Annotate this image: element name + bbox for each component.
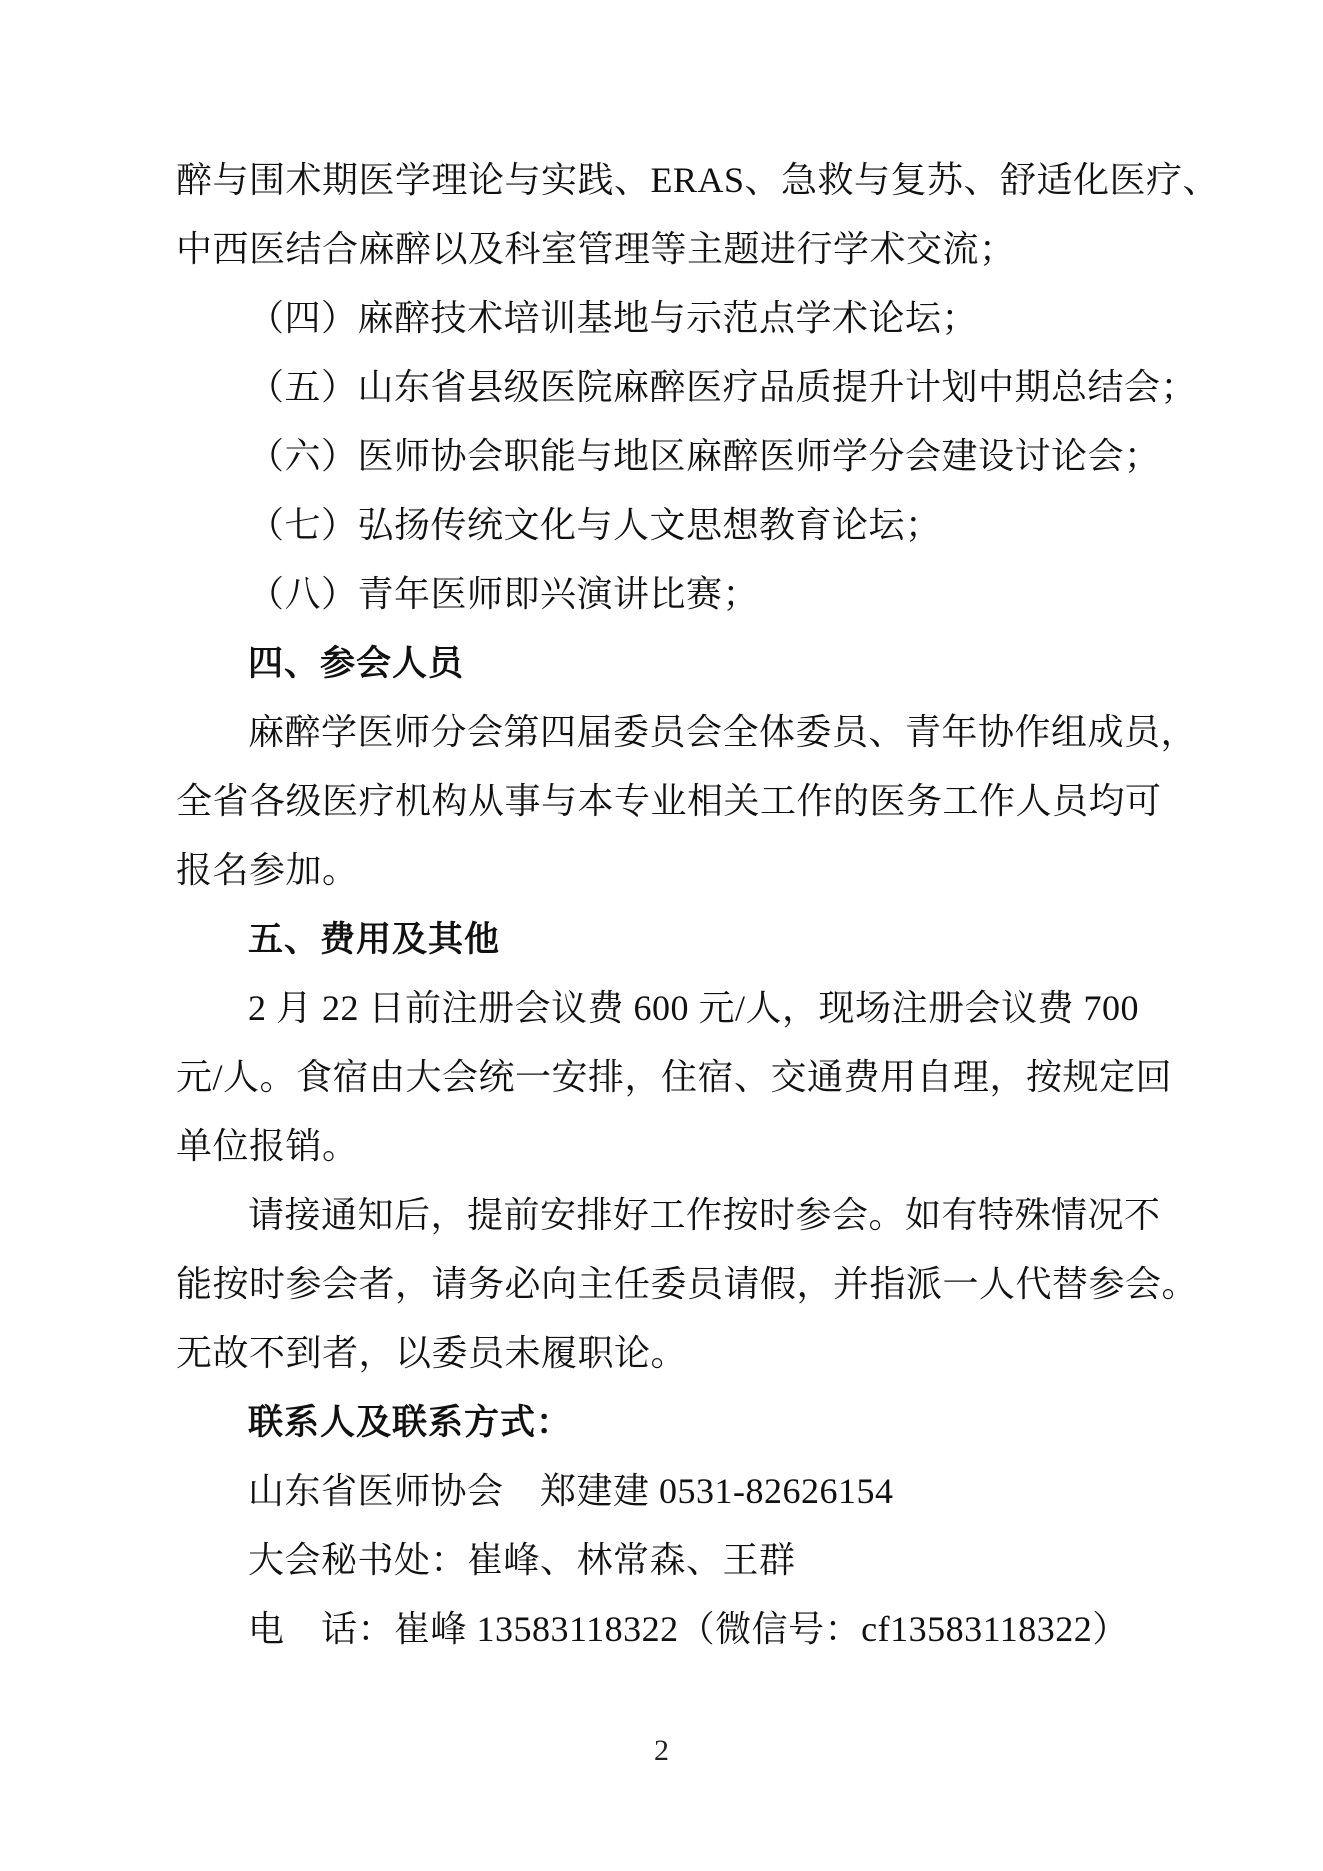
doc-line: 醉与围术期医学理论与实践、ERAS、急救与复苏、舒适化医疗、 <box>176 146 1177 215</box>
section-heading-contacts: 联系人及联系方式： <box>176 1388 1177 1457</box>
doc-line: 单位报销。 <box>176 1112 1177 1181</box>
list-item-4: （四）麻醉技术培训基地与示范点学术论坛； <box>176 284 1177 353</box>
list-item-8: （八）青年医师即兴演讲比赛； <box>176 560 1177 629</box>
contact-line-association: 山东省医师协会 郑建建 0531-82626154 <box>176 1457 1177 1526</box>
document-page: 醉与围术期医学理论与实践、ERAS、急救与复苏、舒适化医疗、 中西医结合麻醉以及… <box>0 0 1323 1871</box>
contact-line-phone: 电 话：崔峰 13583118322（微信号：cf13583118322） <box>176 1595 1177 1664</box>
doc-line: 中西医结合麻醉以及科室管理等主题进行学术交流； <box>176 215 1177 284</box>
section-heading-fees: 五、费用及其他 <box>176 905 1177 974</box>
doc-line: 报名参加。 <box>176 836 1177 905</box>
document-body: 醉与围术期医学理论与实践、ERAS、急救与复苏、舒适化医疗、 中西医结合麻醉以及… <box>176 146 1177 1664</box>
list-item-7: （七）弘扬传统文化与人文思想教育论坛； <box>176 491 1177 560</box>
list-item-5: （五）山东省县级医院麻醉医疗品质提升计划中期总结会； <box>176 353 1177 422</box>
doc-line: 全省各级医疗机构从事与本专业相关工作的医务工作人员均可 <box>176 767 1177 836</box>
doc-line: 无故不到者，以委员未履职论。 <box>176 1319 1177 1388</box>
contact-line-secretariat: 大会秘书处：崔峰、林常森、王群 <box>176 1526 1177 1595</box>
doc-line: 元/人。食宿由大会统一安排，住宿、交通费用自理，按规定回 <box>176 1043 1177 1112</box>
list-item-6: （六）医师协会职能与地区麻醉医师学分会建设讨论会； <box>176 422 1177 491</box>
doc-line: 能按时参会者，请务必向主任委员请假，并指派一人代替参会。 <box>176 1250 1177 1319</box>
doc-line: 2 月 22 日前注册会议费 600 元/人，现场注册会议费 700 <box>176 974 1177 1043</box>
page-number: 2 <box>0 1733 1323 1769</box>
section-heading-participants: 四、参会人员 <box>176 629 1177 698</box>
doc-line: 麻醉学医师分会第四届委员会全体委员、青年协作组成员， <box>176 698 1177 767</box>
doc-line: 请接通知后，提前安排好工作按时参会。如有特殊情况不 <box>176 1181 1177 1250</box>
